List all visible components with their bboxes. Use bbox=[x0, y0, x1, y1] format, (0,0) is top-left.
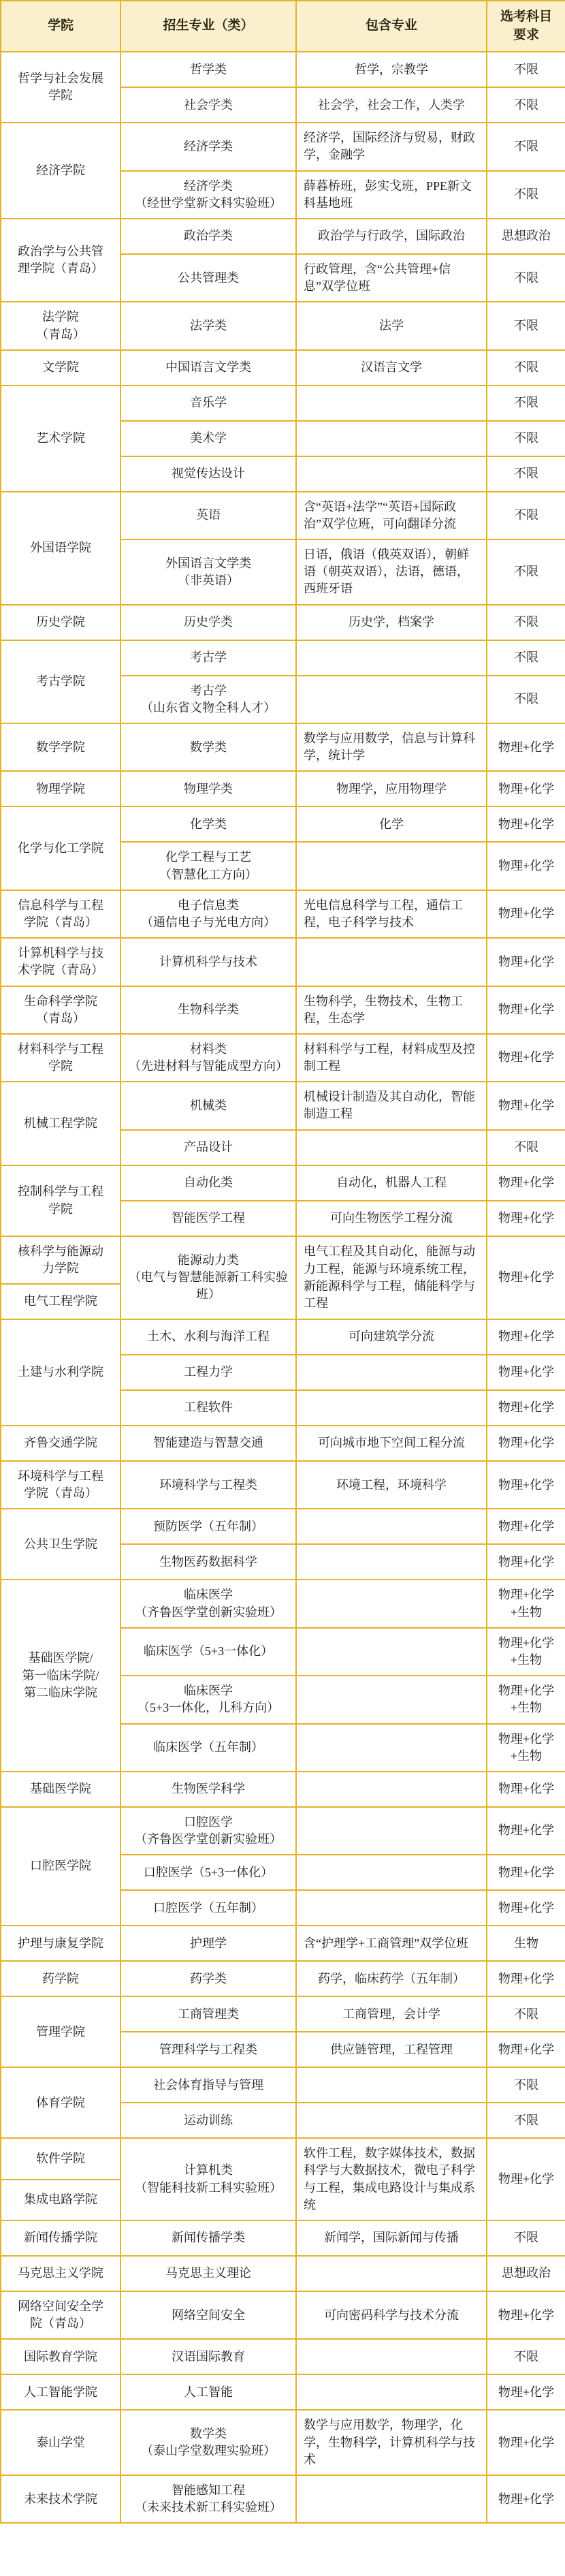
major-cell: 工程软件 bbox=[120, 1390, 296, 1426]
includes-cell bbox=[296, 938, 487, 986]
includes-cell: 汉语言文学 bbox=[296, 350, 487, 386]
requirement-cell: 物理+化学 bbox=[487, 806, 565, 842]
includes-cell bbox=[296, 640, 487, 676]
major-cell: 生物医药数据科学 bbox=[120, 1544, 296, 1580]
major-cell: 计算机类 （智能科技新工科实验班） bbox=[120, 2138, 296, 2220]
requirement-cell: 物理+化学+生物 bbox=[487, 1676, 565, 1723]
table-row: 文学院中国语言文学类汉语言文学不限 bbox=[1, 350, 565, 386]
requirement-cell: 物理+化学 bbox=[487, 2374, 565, 2410]
requirement-cell: 生物 bbox=[487, 1926, 565, 1961]
requirement-cell: 物理+化学 bbox=[487, 890, 565, 938]
table-row: 新闻传播学院新闻传播学类新闻学，国际新闻与传播不限 bbox=[1, 2220, 565, 2256]
includes-cell bbox=[296, 1628, 487, 1676]
major-cell: 预防医学（五年制） bbox=[120, 1509, 296, 1544]
requirement-cell: 物理+化学 bbox=[487, 1355, 565, 1390]
table-row: 网络空间安全学 院（青岛）网络空间安全可向密码科学与技术分流物理+化学 bbox=[1, 2291, 565, 2339]
requirement-cell: 不限 bbox=[487, 254, 565, 302]
major-cell: 护理学 bbox=[120, 1926, 296, 1961]
table-row: 土建与水利学院土木、水利与海洋工程可向建筑学分流物理+化学 bbox=[1, 1319, 565, 1355]
major-cell: 马克思主义理论 bbox=[120, 2256, 296, 2291]
major-cell: 材料类 （先进材料与智能成型方向） bbox=[120, 1034, 296, 1082]
major-cell: 中国语言文学类 bbox=[120, 350, 296, 386]
college-cell: 生命科学学院 （青岛） bbox=[1, 986, 120, 1034]
includes-cell bbox=[296, 842, 487, 890]
major-cell: 临床医学（五年制） bbox=[120, 1724, 296, 1772]
table-row: 药学院药学类药学，临床药学（五年制）物理+化学 bbox=[1, 1961, 565, 1996]
includes-cell bbox=[296, 2067, 487, 2103]
header-row: 学院 招生专业（类） 包含专业 选考科目 要求 bbox=[1, 1, 565, 52]
includes-cell bbox=[296, 2256, 487, 2291]
major-cell: 汉语国际教育 bbox=[120, 2339, 296, 2374]
major-cell: 口腔医学（5+3一体化） bbox=[120, 1855, 296, 1890]
major-cell: 生物科学类 bbox=[120, 986, 296, 1034]
college-cell: 马克思主义学院 bbox=[1, 2256, 120, 2291]
requirement-cell: 物理+化学 bbox=[487, 1390, 565, 1426]
college-cell: 经济学院 bbox=[1, 123, 120, 219]
includes-cell: 法学 bbox=[296, 302, 487, 349]
major-cell: 工程力学 bbox=[120, 1355, 296, 1390]
requirement-cell: 物理+化学+生物 bbox=[487, 1628, 565, 1676]
college-cell: 文学院 bbox=[1, 350, 120, 386]
requirement-cell: 不限 bbox=[487, 456, 565, 492]
major-cell: 数学类 （泰山学堂数理实验班） bbox=[120, 2410, 296, 2475]
major-cell: 法学类 bbox=[120, 302, 296, 349]
major-cell: 政治学类 bbox=[120, 219, 296, 254]
requirement-cell: 不限 bbox=[487, 2103, 565, 2138]
requirement-cell: 物理+化学 bbox=[487, 1034, 565, 1082]
requirement-cell: 不限 bbox=[487, 421, 565, 456]
major-cell: 口腔医学（五年制） bbox=[120, 1890, 296, 1926]
college-cell: 环境科学与工程 学院（青岛） bbox=[1, 1461, 120, 1509]
college-cell: 核科学与能源动 力学院 bbox=[1, 1236, 120, 1284]
table-row: 计算机科学与技 术学院（青岛）计算机科学与技术物理+化学 bbox=[1, 938, 565, 986]
major-cell: 化学类 bbox=[120, 806, 296, 842]
table-row: 机械工程学院机械类机械设计制造及其自动化，智能制造工程物理+化学 bbox=[1, 1082, 565, 1129]
major-cell: 自动化类 bbox=[120, 1165, 296, 1201]
college-cell: 控制科学与工程 学院 bbox=[1, 1165, 120, 1236]
requirement-cell: 物理+化学+生物 bbox=[487, 1724, 565, 1772]
college-cell: 软件学院 bbox=[1, 2138, 120, 2179]
college-cell: 新闻传播学院 bbox=[1, 2220, 120, 2256]
requirement-cell: 物理+化学 bbox=[487, 1082, 565, 1129]
requirement-cell: 不限 bbox=[487, 2220, 565, 2256]
table-body: 哲学与社会发展 学院哲学类哲学，宗教学不限社会学类社会学，社会工作，人类学不限经… bbox=[1, 52, 565, 2523]
college-cell: 人工智能学院 bbox=[1, 2374, 120, 2410]
major-cell: 英语 bbox=[120, 492, 296, 539]
major-cell: 历史学类 bbox=[120, 605, 296, 640]
table-row: 艺术学院音乐学不限 bbox=[1, 386, 565, 421]
table-row: 口腔医学院口腔医学 （齐鲁医学堂创新实验班）物理+化学 bbox=[1, 1807, 565, 1855]
major-cell: 社会体育指导与管理 bbox=[120, 2067, 296, 2103]
header-requirement: 选考科目 要求 bbox=[487, 1, 565, 52]
requirement-cell: 物理+化学 bbox=[487, 986, 565, 1034]
requirement-cell: 不限 bbox=[487, 1996, 565, 2032]
includes-cell: 自动化，机器人工程 bbox=[296, 1165, 487, 1201]
table-header: 学院 招生专业（类） 包含专业 选考科目 要求 bbox=[1, 1, 565, 52]
major-cell: 公共管理类 bbox=[120, 254, 296, 302]
includes-cell bbox=[296, 1355, 487, 1390]
major-cell: 工商管理类 bbox=[120, 1996, 296, 2032]
includes-cell bbox=[296, 676, 487, 723]
includes-cell bbox=[296, 1390, 487, 1426]
requirement-cell: 物理+化学 bbox=[487, 1961, 565, 1996]
major-cell: 经济学类 bbox=[120, 123, 296, 170]
admissions-table-page: 学院 招生专业（类） 包含专业 选考科目 要求 哲学与社会发展 学院哲学类哲学，… bbox=[0, 0, 565, 2524]
college-cell: 未来技术学院 bbox=[1, 2475, 120, 2523]
major-cell: 新闻传播学类 bbox=[120, 2220, 296, 2256]
requirement-cell: 物理+化学 bbox=[487, 2138, 565, 2220]
table-row: 国际教育学院汉语国际教育不限 bbox=[1, 2339, 565, 2374]
table-row: 考古学院考古学不限 bbox=[1, 640, 565, 676]
college-cell: 化学与化工学院 bbox=[1, 806, 120, 890]
table-row: 齐鲁交通学院智能建造与智慧交通可向城市地下空间工程分流物理+化学 bbox=[1, 1426, 565, 1461]
major-cell: 药学类 bbox=[120, 1961, 296, 1996]
college-cell: 管理学院 bbox=[1, 1996, 120, 2067]
includes-cell: 可向密码科学与技术分流 bbox=[296, 2291, 487, 2339]
requirement-cell: 物理+化学 bbox=[487, 1236, 565, 1319]
table-row: 基础医学院生物医学科学物理+化学 bbox=[1, 1772, 565, 1807]
requirement-cell: 不限 bbox=[487, 123, 565, 170]
includes-cell: 供应链管理，工程管理 bbox=[296, 2032, 487, 2067]
requirement-cell: 物理+化学 bbox=[487, 938, 565, 986]
includes-cell: 哲学，宗教学 bbox=[296, 52, 487, 87]
college-cell: 外国语学院 bbox=[1, 492, 120, 605]
table-row: 核科学与能源动 力学院能源动力类 （电气与智慧能源新工科实验班）电气工程及其自动… bbox=[1, 1236, 565, 1284]
includes-cell bbox=[296, 1130, 487, 1165]
major-cell: 数学类 bbox=[120, 723, 296, 771]
includes-cell bbox=[296, 1724, 487, 1772]
includes-cell: 含“英语+法学”“英语+国际政治”双学位班，可向翻译分流 bbox=[296, 492, 487, 539]
major-cell: 社会学类 bbox=[120, 87, 296, 123]
includes-cell bbox=[296, 1580, 487, 1627]
requirement-cell: 物理+化学 bbox=[487, 1855, 565, 1890]
requirement-cell: 物理+化学 bbox=[487, 2475, 565, 2523]
table-row: 泰山学堂数学类 （泰山学堂数理实验班）数学与应用数学，物理学，化学，生物科学，计… bbox=[1, 2410, 565, 2475]
includes-cell bbox=[296, 1807, 487, 1855]
requirement-cell: 物理+化学 bbox=[487, 842, 565, 890]
requirement-cell: 物理+化学 bbox=[487, 1319, 565, 1355]
requirement-cell: 物理+化学 bbox=[487, 2410, 565, 2475]
includes-cell: 可向建筑学分流 bbox=[296, 1319, 487, 1355]
table-row: 未来技术学院智能感知工程 （未来技术新工科实验班）物理+化学 bbox=[1, 2475, 565, 2523]
college-cell: 历史学院 bbox=[1, 605, 120, 640]
college-cell: 信息科学与工程 学院（青岛） bbox=[1, 890, 120, 938]
includes-cell bbox=[296, 1772, 487, 1807]
table-row: 生命科学学院 （青岛）生物科学类生物科学，生物技术，生物工程，生态学物理+化学 bbox=[1, 986, 565, 1034]
major-cell: 智能医学工程 bbox=[120, 1201, 296, 1236]
includes-cell bbox=[296, 456, 487, 492]
requirement-cell: 物理+化学 bbox=[487, 1890, 565, 1926]
major-cell: 口腔医学 （齐鲁医学堂创新实验班） bbox=[120, 1807, 296, 1855]
includes-cell: 日语，俄语（俄英双语），朝鲜语（朝英双语），法语，德语，西班牙语 bbox=[296, 539, 487, 605]
requirement-cell: 物理+化学 bbox=[487, 723, 565, 771]
college-cell: 护理与康复学院 bbox=[1, 1926, 120, 1961]
includes-cell: 薛暮桥班，彭实戈班，PPE新文科基地班 bbox=[296, 171, 487, 219]
admissions-table: 学院 招生专业（类） 包含专业 选考科目 要求 哲学与社会发展 学院哲学类哲学，… bbox=[0, 0, 565, 2524]
includes-cell: 行政管理，含“公共管理+信息”双学位班 bbox=[296, 254, 487, 302]
major-cell: 智能感知工程 （未来技术新工科实验班） bbox=[120, 2475, 296, 2523]
college-cell: 网络空间安全学 院（青岛） bbox=[1, 2291, 120, 2339]
requirement-cell: 思想政治 bbox=[487, 2256, 565, 2291]
major-cell: 临床医学 （5+3一体化，儿科方向） bbox=[120, 1676, 296, 1723]
requirement-cell: 不限 bbox=[487, 87, 565, 123]
table-row: 历史学院历史学类历史学，档案学不限 bbox=[1, 605, 565, 640]
requirement-cell: 物理+化学 bbox=[487, 1201, 565, 1236]
college-cell: 集成电路学院 bbox=[1, 2180, 120, 2220]
includes-cell: 新闻学，国际新闻与传播 bbox=[296, 2220, 487, 2256]
includes-cell: 历史学，档案学 bbox=[296, 605, 487, 640]
table-row: 控制科学与工程 学院自动化类自动化，机器人工程物理+化学 bbox=[1, 1165, 565, 1201]
requirement-cell: 思想政治 bbox=[487, 219, 565, 254]
major-cell: 化学工程与工艺 （智慧化工方向） bbox=[120, 842, 296, 890]
table-row: 体育学院社会体育指导与管理不限 bbox=[1, 2067, 565, 2103]
college-cell: 药学院 bbox=[1, 1961, 120, 1996]
requirement-cell: 物理+化学 bbox=[487, 1807, 565, 1855]
college-cell: 口腔医学院 bbox=[1, 1807, 120, 1926]
table-row: 基础医学院/ 第一临床学院/ 第二临床学院临床医学 （齐鲁医学堂创新实验班）物理… bbox=[1, 1580, 565, 1627]
major-cell: 生物医学科学 bbox=[120, 1772, 296, 1807]
includes-cell bbox=[296, 1855, 487, 1890]
college-cell: 材料科学与工程 学院 bbox=[1, 1034, 120, 1082]
major-cell: 机械类 bbox=[120, 1082, 296, 1129]
major-cell: 人工智能 bbox=[120, 2374, 296, 2410]
college-cell: 国际教育学院 bbox=[1, 2339, 120, 2374]
includes-cell: 材料科学与工程，材料成型及控制工程 bbox=[296, 1034, 487, 1082]
major-cell: 物理学类 bbox=[120, 771, 296, 806]
major-cell: 外国语言文学类 （非英语） bbox=[120, 539, 296, 605]
major-cell: 视觉传达设计 bbox=[120, 456, 296, 492]
includes-cell bbox=[296, 421, 487, 456]
header-college: 学院 bbox=[1, 1, 120, 52]
major-cell: 产品设计 bbox=[120, 1130, 296, 1165]
requirement-cell: 物理+化学 bbox=[487, 1426, 565, 1461]
college-cell: 土建与水利学院 bbox=[1, 1319, 120, 1426]
college-cell: 机械工程学院 bbox=[1, 1082, 120, 1165]
includes-cell: 可向生物医学工程分流 bbox=[296, 1201, 487, 1236]
requirement-cell: 不限 bbox=[487, 386, 565, 421]
college-cell: 哲学与社会发展 学院 bbox=[1, 52, 120, 123]
requirement-cell: 不限 bbox=[487, 52, 565, 87]
includes-cell: 数学与应用数学，信息与计算科学，统计学 bbox=[296, 723, 487, 771]
table-row: 人工智能学院人工智能物理+化学 bbox=[1, 2374, 565, 2410]
requirement-cell: 不限 bbox=[487, 2067, 565, 2103]
requirement-cell: 物理+化学 bbox=[487, 1772, 565, 1807]
includes-cell: 可向城市地下空间工程分流 bbox=[296, 1426, 487, 1461]
includes-cell: 物理学，应用物理学 bbox=[296, 771, 487, 806]
includes-cell: 生物科学，生物技术，生物工程，生态学 bbox=[296, 986, 487, 1034]
includes-cell: 经济学，国际经济与贸易，财政学，金融学 bbox=[296, 123, 487, 170]
table-row: 管理学院工商管理类工商管理，会计学不限 bbox=[1, 1996, 565, 2032]
major-cell: 计算机科学与技术 bbox=[120, 938, 296, 986]
college-cell: 电气工程学院 bbox=[1, 1284, 120, 1319]
table-row: 信息科学与工程 学院（青岛）电子信息类 （通信电子与光电方向）光电信息科学与工程… bbox=[1, 890, 565, 938]
table-row: 软件学院计算机类 （智能科技新工科实验班）软件工程，数字媒体技术，数据科学与大数… bbox=[1, 2138, 565, 2179]
table-row: 哲学与社会发展 学院哲学类哲学，宗教学不限 bbox=[1, 52, 565, 87]
includes-cell: 政治学与行政学，国际政治 bbox=[296, 219, 487, 254]
college-cell: 计算机科学与技 术学院（青岛） bbox=[1, 938, 120, 986]
table-row: 马克思主义学院马克思主义理论思想政治 bbox=[1, 2256, 565, 2291]
includes-cell: 电气工程及其自动化，能源与动力工程，能源与环境系统工程，新能源科学与工程，储能科… bbox=[296, 1236, 487, 1319]
college-cell: 基础医学院 bbox=[1, 1772, 120, 1807]
requirement-cell: 不限 bbox=[487, 676, 565, 723]
college-cell: 法学院 （青岛） bbox=[1, 302, 120, 349]
requirement-cell: 物理+化学+生物 bbox=[487, 1580, 565, 1627]
requirement-cell: 物理+化学 bbox=[487, 1544, 565, 1580]
table-row: 公共卫生学院预防医学（五年制）物理+化学 bbox=[1, 1509, 565, 1544]
college-cell: 物理学院 bbox=[1, 771, 120, 806]
requirement-cell: 不限 bbox=[487, 605, 565, 640]
table-row: 外国语学院英语含“英语+法学”“英语+国际政治”双学位班，可向翻译分流不限 bbox=[1, 492, 565, 539]
requirement-cell: 物理+化学 bbox=[487, 1165, 565, 1201]
major-cell: 美术学 bbox=[120, 421, 296, 456]
includes-cell: 药学，临床药学（五年制） bbox=[296, 1961, 487, 1996]
requirement-cell: 物理+化学 bbox=[487, 2032, 565, 2067]
table-row: 法学院 （青岛）法学类法学不限 bbox=[1, 302, 565, 349]
college-cell: 齐鲁交通学院 bbox=[1, 1426, 120, 1461]
includes-cell: 化学 bbox=[296, 806, 487, 842]
requirement-cell: 物理+化学 bbox=[487, 771, 565, 806]
includes-cell bbox=[296, 386, 487, 421]
includes-cell bbox=[296, 1676, 487, 1723]
major-cell: 管理科学与工程类 bbox=[120, 2032, 296, 2067]
major-cell: 网络空间安全 bbox=[120, 2291, 296, 2339]
includes-cell bbox=[296, 2339, 487, 2374]
major-cell: 经济学类 （经世学堂新文科实验班） bbox=[120, 171, 296, 219]
college-cell: 体育学院 bbox=[1, 2067, 120, 2138]
requirement-cell: 不限 bbox=[487, 1130, 565, 1165]
major-cell: 音乐学 bbox=[120, 386, 296, 421]
college-cell: 政治学与公共管 理学院（青岛） bbox=[1, 219, 120, 302]
includes-cell: 光电信息科学与工程，通信工程，电子科学与技术 bbox=[296, 890, 487, 938]
table-row: 材料科学与工程 学院材料类 （先进材料与智能成型方向）材料科学与工程，材料成型及… bbox=[1, 1034, 565, 1082]
header-major: 招生专业（类） bbox=[120, 1, 296, 52]
requirement-cell: 物理+化学 bbox=[487, 1509, 565, 1544]
major-cell: 能源动力类 （电气与智慧能源新工科实验班） bbox=[120, 1236, 296, 1319]
includes-cell: 环境工程，环境科学 bbox=[296, 1461, 487, 1509]
table-row: 经济学院经济学类经济学，国际经济与贸易，财政学，金融学不限 bbox=[1, 123, 565, 170]
requirement-cell: 不限 bbox=[487, 302, 565, 349]
major-cell: 临床医学 （齐鲁医学堂创新实验班） bbox=[120, 1580, 296, 1627]
major-cell: 哲学类 bbox=[120, 52, 296, 87]
requirement-cell: 不限 bbox=[487, 539, 565, 605]
college-cell: 艺术学院 bbox=[1, 386, 120, 492]
requirement-cell: 不限 bbox=[487, 492, 565, 539]
includes-cell bbox=[296, 2475, 487, 2523]
table-row: 物理学院物理学类物理学，应用物理学物理+化学 bbox=[1, 771, 565, 806]
major-cell: 运动训练 bbox=[120, 2103, 296, 2138]
includes-cell: 工商管理，会计学 bbox=[296, 1996, 487, 2032]
includes-cell bbox=[296, 2103, 487, 2138]
requirement-cell: 物理+化学 bbox=[487, 2291, 565, 2339]
college-cell: 数学学院 bbox=[1, 723, 120, 771]
table-row: 环境科学与工程 学院（青岛）环境科学与工程类环境工程，环境科学物理+化学 bbox=[1, 1461, 565, 1509]
includes-cell bbox=[296, 1509, 487, 1544]
requirement-cell: 不限 bbox=[487, 2339, 565, 2374]
requirement-cell: 物理+化学 bbox=[487, 1461, 565, 1509]
college-cell: 泰山学堂 bbox=[1, 2410, 120, 2475]
major-cell: 智能建造与智慧交通 bbox=[120, 1426, 296, 1461]
includes-cell: 社会学，社会工作，人类学 bbox=[296, 87, 487, 123]
requirement-cell: 不限 bbox=[487, 171, 565, 219]
header-includes: 包含专业 bbox=[296, 1, 487, 52]
table-row: 护理与康复学院护理学含“护理学+工商管理”双学位班生物 bbox=[1, 1926, 565, 1961]
major-cell: 临床医学（5+3一体化） bbox=[120, 1628, 296, 1676]
table-row: 化学与化工学院化学类化学物理+化学 bbox=[1, 806, 565, 842]
college-cell: 基础医学院/ 第一临床学院/ 第二临床学院 bbox=[1, 1580, 120, 1772]
requirement-cell: 不限 bbox=[487, 350, 565, 386]
college-cell: 公共卫生学院 bbox=[1, 1509, 120, 1580]
major-cell: 考古学 （山东省文物全科人才） bbox=[120, 676, 296, 723]
college-cell: 考古学院 bbox=[1, 640, 120, 723]
major-cell: 环境科学与工程类 bbox=[120, 1461, 296, 1509]
includes-cell: 软件工程，数字媒体技术，数据科学与大数据技术，微电子科学与工程，集成电路设计与集… bbox=[296, 2138, 487, 2220]
table-row: 数学学院数学类数学与应用数学，信息与计算科学，统计学物理+化学 bbox=[1, 723, 565, 771]
major-cell: 土木、水利与海洋工程 bbox=[120, 1319, 296, 1355]
includes-cell: 含“护理学+工商管理”双学位班 bbox=[296, 1926, 487, 1961]
includes-cell: 数学与应用数学，物理学，化学，生物科学，计算机科学与技术 bbox=[296, 2410, 487, 2475]
major-cell: 电子信息类 （通信电子与光电方向） bbox=[120, 890, 296, 938]
table-row: 政治学与公共管 理学院（青岛）政治学类政治学与行政学，国际政治思想政治 bbox=[1, 219, 565, 254]
major-cell: 考古学 bbox=[120, 640, 296, 676]
includes-cell: 机械设计制造及其自动化，智能制造工程 bbox=[296, 1082, 487, 1129]
requirement-cell: 不限 bbox=[487, 640, 565, 676]
includes-cell bbox=[296, 1544, 487, 1580]
includes-cell bbox=[296, 1890, 487, 1926]
includes-cell bbox=[296, 2374, 487, 2410]
